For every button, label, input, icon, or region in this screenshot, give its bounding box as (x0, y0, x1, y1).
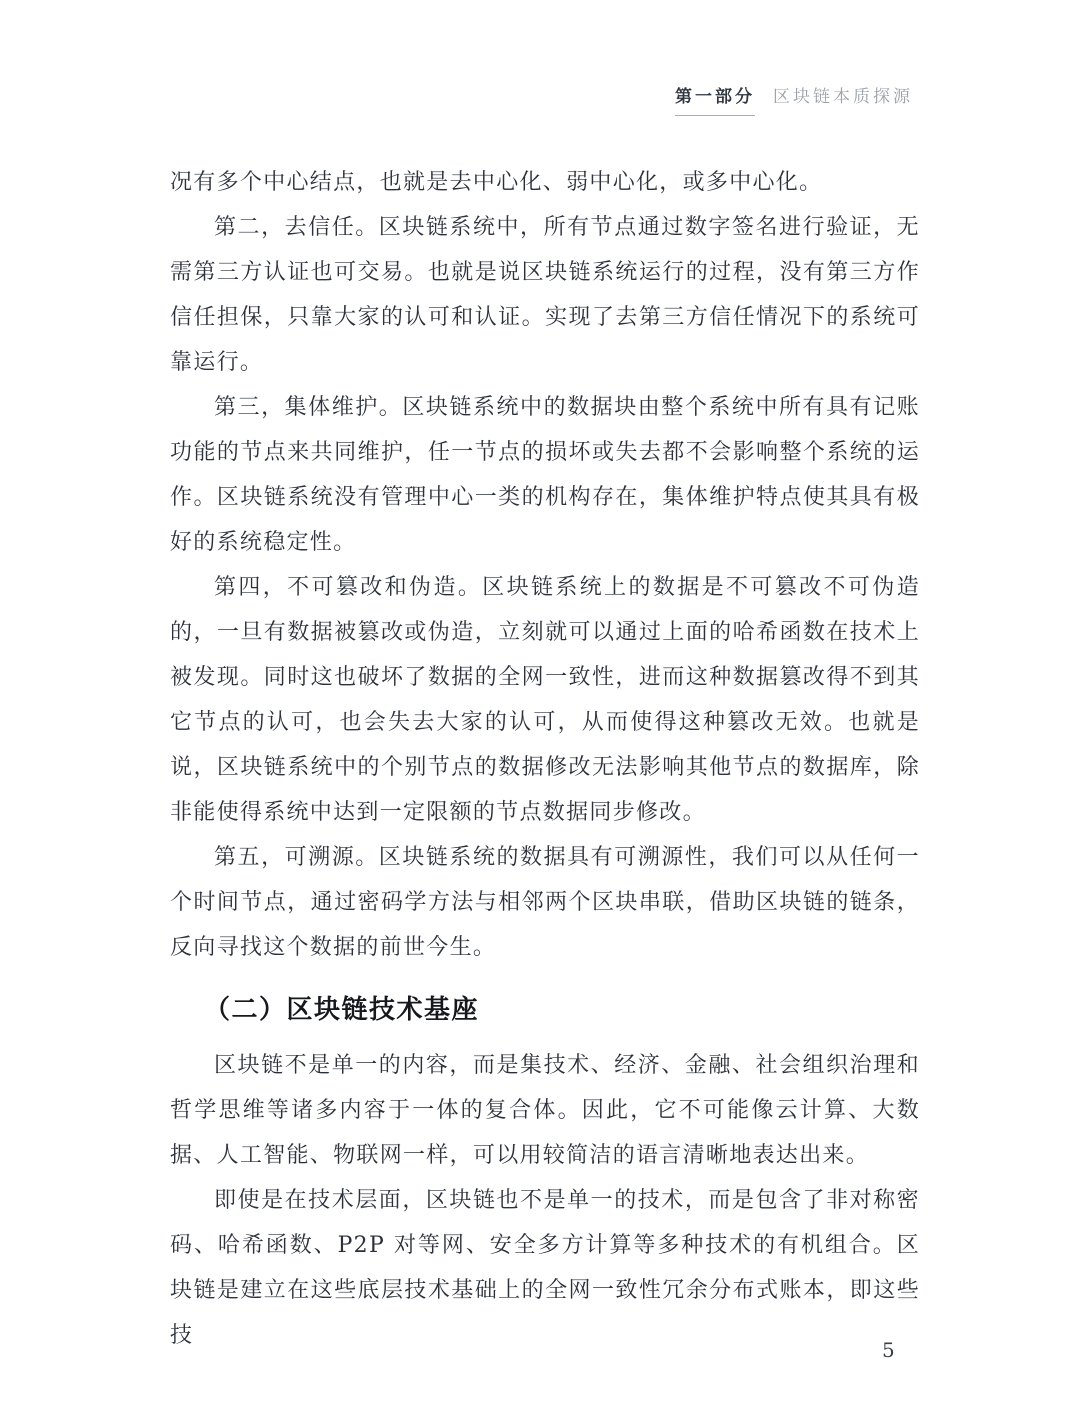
body-paragraph: 第四，不可篡改和伪造。区块链系统上的数据是不可篡改不可伪造的，一旦有数据被篡改或… (170, 565, 920, 835)
page-header: 第一部分 区块链本质探源 (675, 86, 913, 116)
part-title: 区块链本质探源 (773, 86, 913, 108)
part-label: 第一部分 (675, 86, 755, 108)
page-number: 5 (882, 1338, 895, 1362)
part-label-underline (675, 115, 755, 116)
body-paragraph: 第二，去信任。区块链系统中，所有节点通过数字签名进行验证，无需第三方认证也可交易… (170, 205, 920, 385)
document-page: 第一部分 区块链本质探源 况有多个中心结点，也就是去中心化、弱中心化，或多中心化… (0, 0, 1080, 1419)
article-body: 况有多个中心结点，也就是去中心化、弱中心化，或多中心化。第二，去信任。区块链系统… (170, 160, 920, 1358)
body-paragraph: 况有多个中心结点，也就是去中心化、弱中心化，或多中心化。 (170, 160, 920, 205)
part-label-group: 第一部分 (675, 86, 755, 116)
section-heading: （二）区块链技术基座 (204, 994, 920, 1026)
body-paragraph: 即使是在技术层面，区块链也不是单一的技术，而是包含了非对称密码、哈希函数、P2P… (170, 1178, 920, 1358)
body-paragraph: 区块链不是单一的内容，而是集技术、经济、金融、社会组织治理和哲学思维等诸多内容于… (170, 1043, 920, 1178)
body-paragraph: 第三，集体维护。区块链系统中的数据块由整个系统中所有具有记账功能的节点来共同维护… (170, 385, 920, 565)
body-paragraph: 第五，可溯源。区块链系统的数据具有可溯源性，我们可以从任何一个时间节点，通过密码… (170, 835, 920, 970)
